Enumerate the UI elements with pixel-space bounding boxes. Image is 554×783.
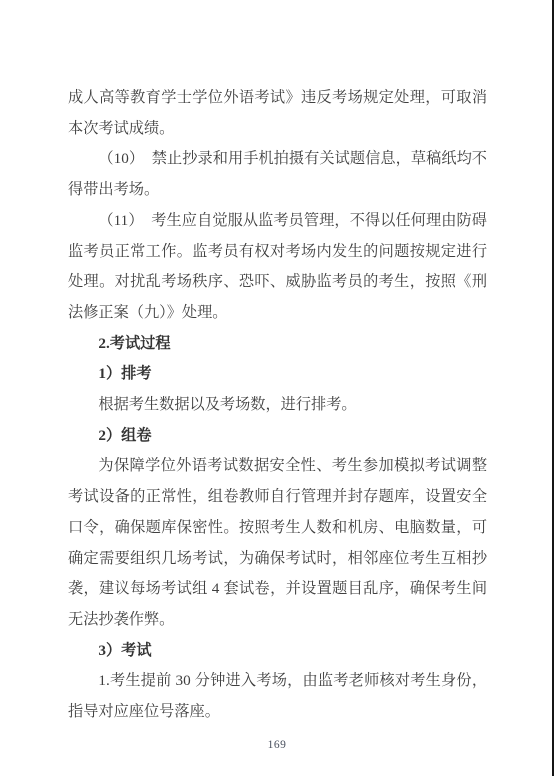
body-paragraph: （11） 考生应自觉服从监考员管理，不得以任何理由防碍监考员正常工作。监考员有权… <box>68 206 487 329</box>
section-heading: 1）排考 <box>68 359 487 390</box>
document-body: 成人高等教育学士学位外语考试》违反考场规定处理，可取消本次考试成绩。（10） 禁… <box>68 83 487 728</box>
body-paragraph: 1.考生提前 30 分钟进入考场，由监考老师核对考生身份，指导对应座位号落座。 <box>68 666 487 727</box>
body-paragraph: 根据考生数据以及考场数，进行排考。 <box>68 390 487 421</box>
section-heading: 2）组卷 <box>68 421 487 452</box>
section-heading: 2.考试过程 <box>68 329 487 360</box>
section-heading: 3）考试 <box>68 636 487 667</box>
page-number: 169 <box>0 739 554 751</box>
body-paragraph: 为保障学位外语考试数据安全性、考生参加模拟考试调整考试设备的正常性，组卷教师自行… <box>68 451 487 635</box>
body-paragraph: （10） 禁止抄录和用手机拍摄有关试题信息，草稿纸均不得带出考场。 <box>68 144 487 205</box>
body-paragraph: 成人高等教育学士学位外语考试》违反考场规定处理，可取消本次考试成绩。 <box>68 83 487 144</box>
document-page: 成人高等教育学士学位外语考试》违反考场规定处理，可取消本次考试成绩。（10） 禁… <box>0 0 554 783</box>
